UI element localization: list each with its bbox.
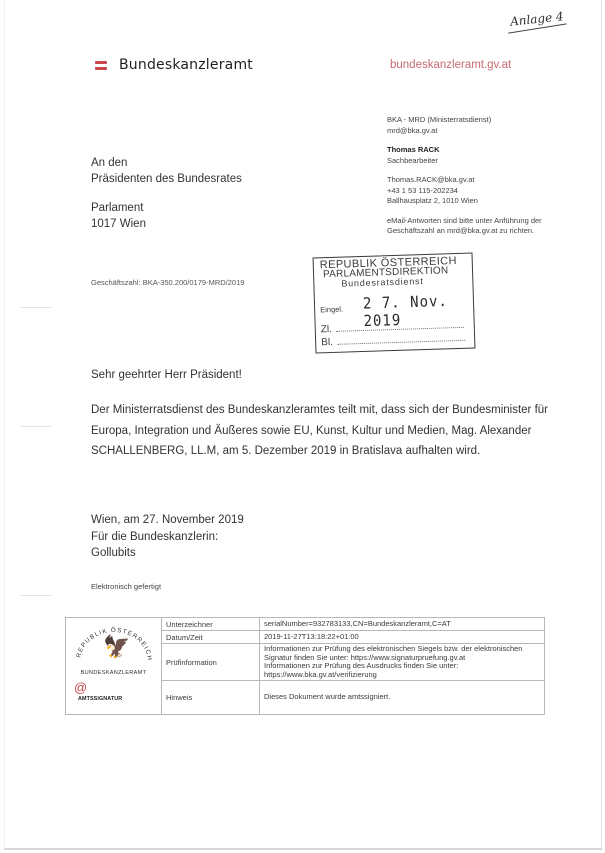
body-line: Der Ministerratsdienst des Bundeskanzler… [91, 400, 591, 421]
stamp-bl-label: Bl. [321, 337, 333, 348]
stamp-bl-field: Bl. [321, 333, 469, 349]
sender-block: BKA - MRD (Ministerratsdienst) mrd@bka.g… [387, 115, 542, 237]
recipient-address: An den Präsidenten des Bundesrates Parla… [91, 156, 242, 232]
signatory: Gollubits [91, 545, 244, 562]
recipient-line: An den [91, 156, 242, 172]
row-value: serialNumber=932783133,CN=Bundeskanzlera… [260, 618, 545, 631]
recipient-line: 1017 Wien [91, 217, 242, 233]
sender-email[interactable]: Thomas.RACK@bka.gv.at [387, 175, 542, 186]
fold-mark [21, 426, 51, 427]
table-row: REPUBLIK ÖSTERREICH 🦅 BUNDESKANZLERAMT @… [66, 618, 545, 631]
sender-department: BKA - MRD (Ministerratsdienst) [387, 115, 542, 126]
place-date: Wien, am 27. November 2019 [91, 512, 244, 529]
austrian-eagle-icon: 🦅 [103, 636, 130, 658]
website-link[interactable]: bundeskanzleramt.gv.at [390, 59, 511, 71]
sender-department-email[interactable]: mrd@bka.gv.at [387, 126, 542, 137]
recipient-line: Präsidenten des Bundesrates [91, 172, 242, 188]
reference-number: Geschäftszahl: BKA-350.200/0179-MRD/2019 [91, 278, 244, 287]
sender-note-line1: eMail-Antworten sind bitte unter Anführu… [387, 216, 542, 227]
fold-mark [21, 595, 51, 596]
seal-org: BUNDESKANZLERAMT [66, 670, 161, 676]
signature-table: REPUBLIK ÖSTERREICH 🦅 BUNDESKANZLERAMT @… [65, 617, 545, 715]
amtssignatur-label: AMTSSIGNATUR [78, 696, 122, 702]
sender-phone: +43 1 53 115-202234 [387, 186, 542, 197]
sender-address: Ballhausplatz 2, 1010 Wien [387, 196, 542, 207]
recipient-line: Parlament [91, 201, 242, 217]
row-label: Unterzeichner [162, 618, 260, 631]
received-stamp: REPUBLIK ÖSTERREICH PARLAMENTSDIREKTION … [313, 253, 476, 354]
verification-line[interactable]: https://www.bka.gv.at/verifizierung [264, 671, 540, 680]
stamp-received-label: Eingel. [320, 305, 343, 315]
austrian-flag-icon [95, 61, 107, 70]
on-behalf: Für die Bundeskanzlerin: [91, 529, 244, 546]
salutation: Sehr geehrter Herr Präsident! [91, 369, 242, 381]
row-label: Datum/Zeit [162, 631, 260, 644]
row-label: Prüfinformation [162, 644, 260, 681]
sender-role: Sachbearbeiter [387, 156, 542, 167]
bundeskanzleramt-logo: Bundeskanzleramt [95, 57, 253, 73]
letter-body: Der Ministerratsdienst des Bundeskanzler… [91, 400, 591, 462]
logo-text: Bundeskanzleramt [119, 57, 253, 73]
body-line: SCHALLENBERG, LL.M, am 5. Dezember 2019 … [91, 441, 591, 462]
stamp-zl-label: Zl. [321, 324, 332, 335]
amtssignatur-at-icon: @ [74, 681, 87, 694]
row-label: Hinweis [162, 681, 260, 715]
sender-name: Thomas RACK [387, 145, 542, 156]
electronic-note: Elektronisch gefertigt [91, 582, 161, 591]
row-value: 2019-11-27T13:18:22+01:00 [260, 631, 545, 644]
official-seal: REPUBLIK ÖSTERREICH 🦅 BUNDESKANZLERAMT @… [66, 618, 162, 715]
row-value: Informationen zur Prüfung des elektronis… [260, 644, 545, 681]
sender-note-line2: Geschäftszahl an mrd@bka.gv.at zu richte… [387, 226, 542, 237]
document-page: Anlage 4 Bundeskanzleramt bundeskanzlera… [4, 0, 602, 850]
body-line: Europa, Integration und Äußeres sowie EU… [91, 421, 591, 442]
row-value: Dieses Dokument wurde amtssigniert. [260, 681, 545, 715]
closing-block: Wien, am 27. November 2019 Für die Bunde… [91, 512, 244, 562]
fold-mark [21, 307, 51, 308]
stamp-line3: Bundesratsdienst [341, 277, 424, 289]
handwritten-annex-note: Anlage 4 [509, 9, 564, 29]
